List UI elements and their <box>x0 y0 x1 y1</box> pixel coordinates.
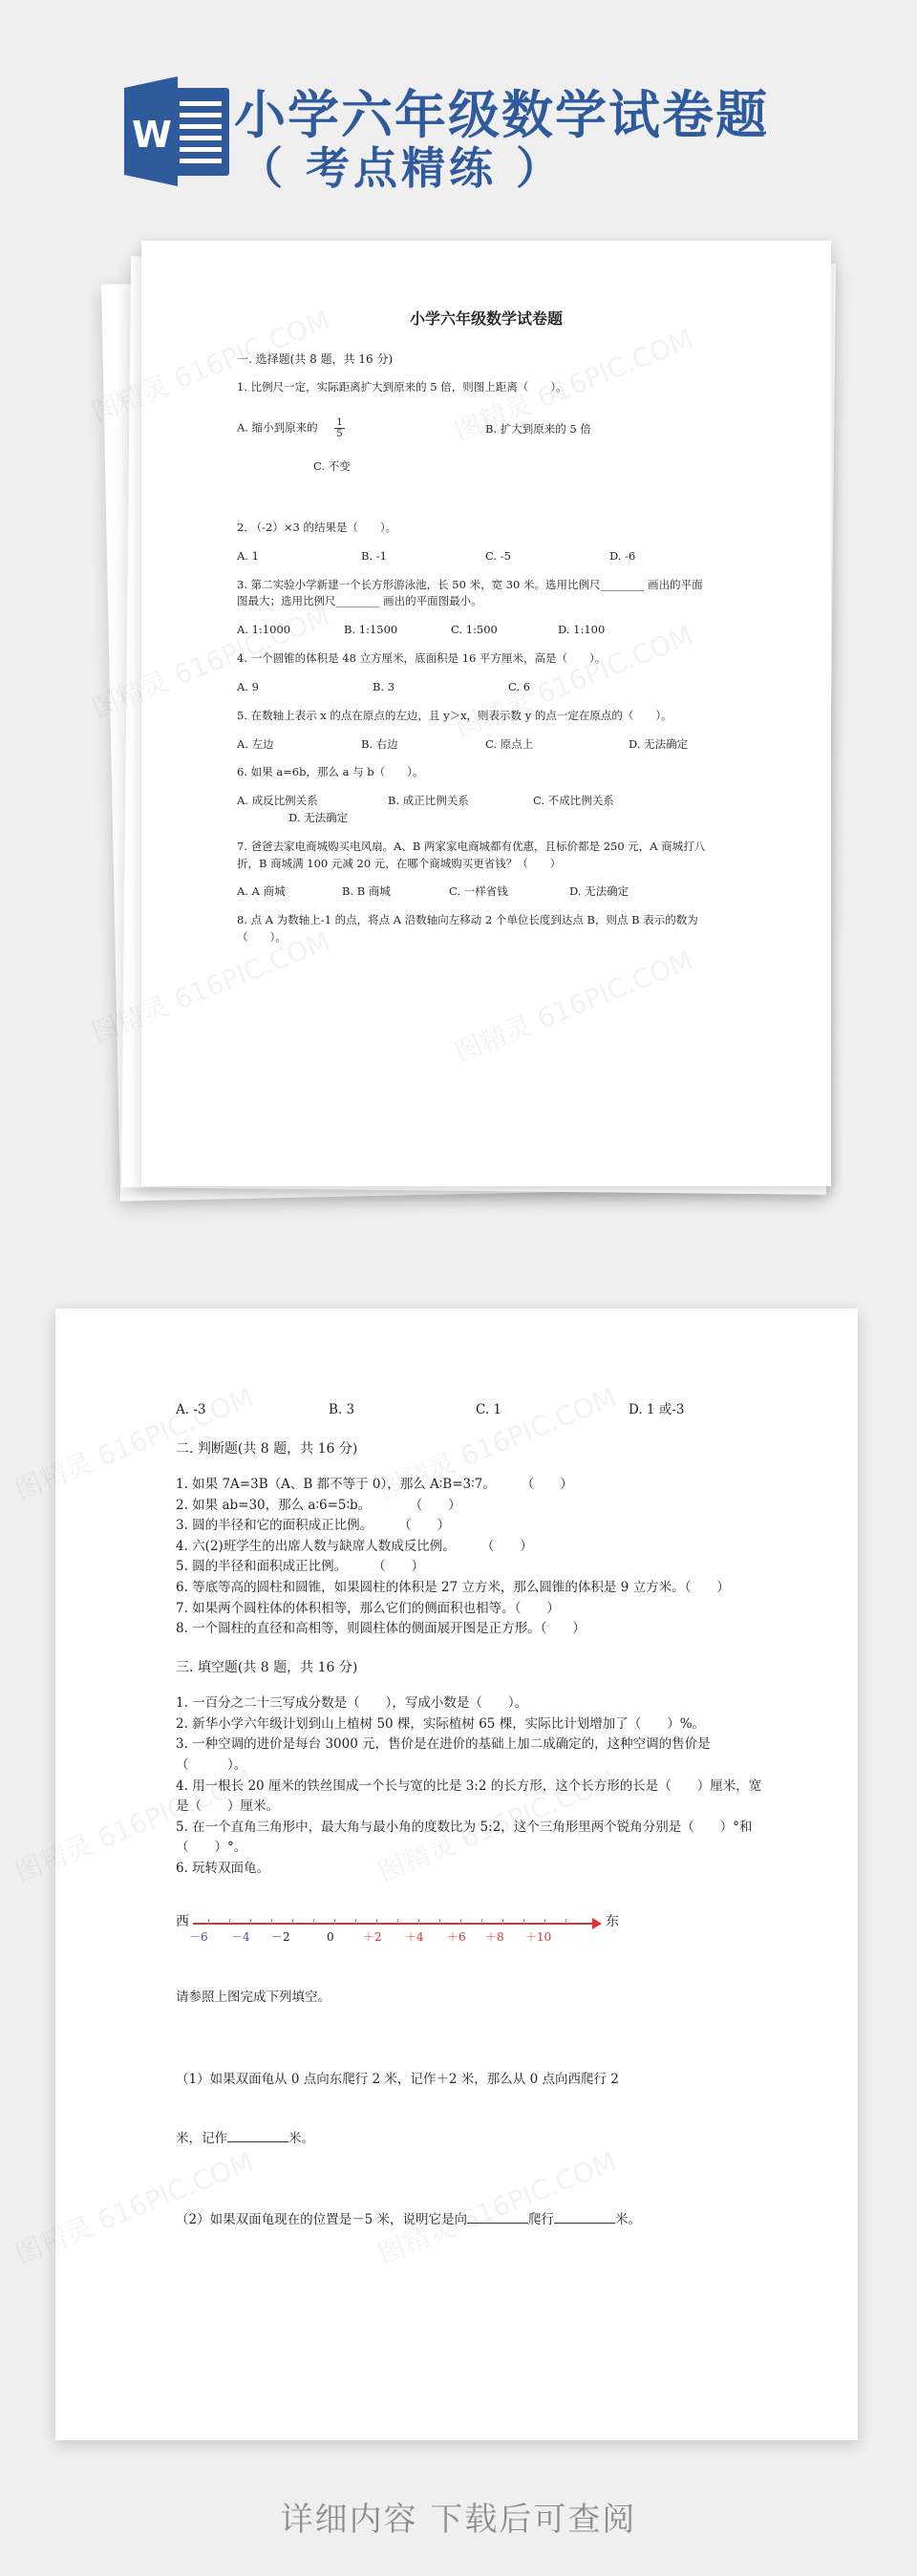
tick <box>313 1919 314 1924</box>
option-d: D. 1 或-3 <box>629 1400 684 1421</box>
question-7-options: A. A 商城 B. B 商城 C. 一样省钱 D. 无法确定 <box>237 884 831 901</box>
option-b: B. 右边 <box>361 736 485 754</box>
option-b: B. 成正比例关系 <box>388 793 533 810</box>
sub-question-2: （2）如果双面龟现在的位置是－5 米，说明它是向爬行米。 <box>176 2210 858 2231</box>
tick <box>439 1919 440 1924</box>
instruction-text: 请参照上图完成下列填空。 <box>176 1988 858 2009</box>
option-d: D. -6 <box>609 548 635 565</box>
option-a: A. 9 <box>237 679 373 696</box>
option-c: C. 一样省钱 <box>449 884 569 901</box>
sub-question-1: （1）如果双面龟从 0 点向东爬行 2 米，记作＋2 米，那么从 0 点向西爬行… <box>176 2070 858 2091</box>
tick <box>523 1919 524 1924</box>
tick-label: ＋8 <box>485 1928 504 1947</box>
option-d: D. 无法确定 <box>288 810 348 827</box>
banner-subtitle: （ 考点精练 ） <box>239 134 564 197</box>
document-page-2: A. -3 B. 3 C. 1 D. 1 或-3 二. 判断题(共 8 题，共 … <box>55 1309 858 2440</box>
option-b: B. 扩大到原来的 5 倍 <box>485 421 591 439</box>
question-6-options: A. 成反比例关系 B. 成正比例关系 C. 不成比例关系 D. 无法确定 <box>237 793 714 827</box>
question-8-options: A. -3 B. 3 C. 1 D. 1 或-3 <box>176 1400 858 1421</box>
true-false-item: 6. 等底等高的圆柱和圆锥，如果圆柱的体积是 27 立方米，那么圆锥的体积是 9… <box>176 1578 762 1599</box>
option-c: C. 不成比例关系 <box>533 793 676 810</box>
tick <box>334 1919 335 1924</box>
answer-blank[interactable] <box>467 2211 528 2225</box>
tick <box>292 1919 293 1924</box>
watermark: 图精灵 616PIC.COM <box>9 2141 260 2276</box>
true-false-item: 8. 一个圆柱的直径和高相等，则圆柱体的侧面展开图是正方形。（ ） <box>176 1619 762 1640</box>
question-7: 7. 爸爸去家电商城购买电风扇。A、B 两家家电商城都有优惠，且标价都是 250… <box>237 839 831 873</box>
tick <box>397 1919 398 1924</box>
question-4-options: A. 9 B. 3 C. 6 <box>237 679 831 696</box>
arrow-right-icon <box>592 1918 602 1929</box>
option-a: A. 成反比例关系 <box>237 793 388 810</box>
header: W 小学六年级数学试卷题 （ 考点精练 ） <box>0 0 917 239</box>
tick <box>502 1919 503 1924</box>
fill-blank-item: 3. 一种空调的进价是每台 3000 元，售价是在进价的基础上加二成确定的，这种… <box>176 1735 762 1776</box>
tick <box>565 1919 566 1924</box>
option-a: A. -3 <box>176 1400 329 1421</box>
svg-text:W: W <box>132 114 172 156</box>
option-d: D. 无法确定 <box>629 736 688 754</box>
section-heading-true-false: 二. 判断题(共 8 题，共 16 分) <box>176 1438 858 1459</box>
option-b: B. B 商城 <box>342 884 449 901</box>
fill-blank-item: 6. 玩转双面龟。 <box>176 1859 762 1880</box>
watermark: 图精灵 616PIC.COM <box>449 940 700 1074</box>
question-3-options: A. 1:1000 B. 1:1500 C. 1:500 D. 1:100 <box>237 622 831 639</box>
fill-blank-item: 4. 用一根长 20 厘米的铁丝围成一个长与宽的比是 3:2 的长方形，这个长方… <box>176 1777 762 1818</box>
option-a: A. A 商城 <box>237 884 342 901</box>
answer-blank[interactable] <box>554 2211 615 2225</box>
tick <box>271 1919 272 1924</box>
true-false-item: 3. 圆的半径和它的面积成正比例。 （ ） <box>176 1516 762 1537</box>
option-a: A. 左边 <box>237 736 361 754</box>
section-heading-multiple-choice: 一. 选择题(共 8 题，共 16 分) <box>237 351 831 369</box>
true-false-item: 2. 如果 ab=30，那么 a∶6=5∶b。 （ ） <box>176 1496 762 1517</box>
option-c: C. 6 <box>508 679 530 696</box>
tick-label: －6 <box>189 1928 208 1947</box>
tick-label: ＋4 <box>405 1928 424 1947</box>
fill-blank-item: 2. 新华小学六年级计划到山上植树 50 棵，实际植树 65 棵，实际比计划增加… <box>176 1714 762 1735</box>
true-false-item: 7. 如果两个圆柱体的体积相等，那么它们的侧面积也相等。（ ） <box>176 1599 762 1620</box>
section-heading-fill-blank: 三. 填空题(共 8 题，共 16 分) <box>176 1657 858 1678</box>
option-c: C. 1 <box>476 1400 629 1421</box>
option-d: D. 无法确定 <box>569 884 629 901</box>
option-b: B. -1 <box>361 548 485 565</box>
tick-label: ＋6 <box>447 1928 466 1947</box>
question-4: 4. 一个圆锥的体积是 48 立方厘米，底面积是 16 平方厘米，高是（ ）。 <box>237 650 831 668</box>
document-title: 小学六年级数学试卷题 <box>237 308 736 331</box>
question-3: 3. 第二实验小学新建一个长方形游泳池，长 50 米，宽 30 米。选用比例尺_… <box>237 577 831 611</box>
question-1-options-c: C. 不变 <box>313 458 831 476</box>
fraction: 1 5 <box>334 417 344 439</box>
option-c: C. 原点上 <box>485 736 629 754</box>
true-false-list: 1. 如果 7A=3B（A、B 都不等于 0），那么 A∶B=3∶7。 （ ） … <box>176 1475 858 1640</box>
tick <box>481 1919 482 1924</box>
option-a: A. 1:1000 <box>237 622 344 639</box>
question-2: 2. （-2）×3 的结果是（ ）。 <box>237 520 831 537</box>
true-false-item: 5. 圆的半径和面积成正比例。 （ ） <box>176 1557 762 1578</box>
option-b: B. 3 <box>373 679 508 696</box>
watermark: 图精灵 616PIC.COM <box>372 2141 623 2276</box>
number-line-diagram: 西 东 －6 －4 －2 0 ＋2 ＋4 ＋6 ＋8 ＋10 <box>176 1902 653 1959</box>
answer-blank[interactable] <box>227 2129 288 2142</box>
fill-blank-list: 1. 一百分之二十三写成分数是（ ），写成小数是（ ）。 2. 新华小学六年级计… <box>176 1693 858 1879</box>
download-notice: 详细内容 下载后可查阅 <box>0 2493 917 2540</box>
question-1: 1. 比例尺一定，实际距离扩大到原来的 5 倍，则图上距离（ ）。 <box>237 379 831 396</box>
question-1-options: A. 缩小到原来的 1 5 B. 扩大到原来的 5 倍 <box>237 417 831 439</box>
question-6: 6. 如果 a=6b，那么 a 与 b（ ）。 <box>237 764 831 781</box>
option-a: A. 1 <box>237 548 361 565</box>
option-a: A. 缩小到原来的 1 5 <box>237 417 485 439</box>
option-c: C. -5 <box>485 548 609 565</box>
tick-label: －4 <box>231 1928 250 1947</box>
tick <box>229 1919 230 1924</box>
tick-label: ＋10 <box>525 1928 551 1947</box>
true-false-item: 1. 如果 7A=3B（A、B 都不等于 0），那么 A∶B=3∶7。 （ ） <box>176 1475 762 1496</box>
true-false-item: 4. 六(2)班学生的出席人数与缺席人数成反比例。 （ ） <box>176 1537 762 1558</box>
word-document-icon: W <box>122 76 246 186</box>
tick-label: －2 <box>271 1928 290 1947</box>
question-2-options: A. 1 B. -1 C. -5 D. -6 <box>237 548 831 565</box>
sub-question-1-answer-line: 米，记作米。 <box>176 2129 858 2150</box>
tick <box>544 1919 545 1924</box>
number-line-axis <box>193 1923 594 1925</box>
option-c: C. 1:500 <box>451 622 558 639</box>
west-label: 西 <box>176 1911 189 1932</box>
question-5: 5. 在数轴上表示 x 的点在原点的左边，且 y＞x，则表示数 y 的点一定在原… <box>237 708 831 725</box>
option-b: B. 3 <box>329 1400 476 1421</box>
option-d: D. 1:100 <box>558 622 605 639</box>
tick <box>418 1919 419 1924</box>
question-5-options: A. 左边 B. 右边 C. 原点上 D. 无法确定 <box>237 736 831 754</box>
fill-blank-item: 5. 在一个直角三角形中，最大角与最小角的度数比为 5:2，这个三角形里两个锐角… <box>176 1818 762 1859</box>
tick-label: 0 <box>327 1928 334 1947</box>
tick-label: ＋2 <box>363 1928 382 1947</box>
option-b: B. 1:1500 <box>344 622 451 639</box>
east-label: 东 <box>606 1911 619 1932</box>
tick <box>250 1919 251 1924</box>
tick <box>355 1919 356 1924</box>
question-8: 8. 点 A 为数轴上-1 的点，将点 A 沿数轴向左移动 2 个单位长度到达点… <box>237 912 831 947</box>
tick <box>376 1919 377 1924</box>
document-page-1: 小学六年级数学试卷题 一. 选择题(共 8 题，共 16 分) 1. 比例尺一定… <box>141 241 831 1186</box>
tick <box>208 1919 209 1924</box>
tick <box>460 1919 461 1924</box>
fill-blank-item: 1. 一百分之二十三写成分数是（ ），写成小数是（ ）。 <box>176 1693 762 1714</box>
option-c: C. 不变 <box>313 458 351 476</box>
